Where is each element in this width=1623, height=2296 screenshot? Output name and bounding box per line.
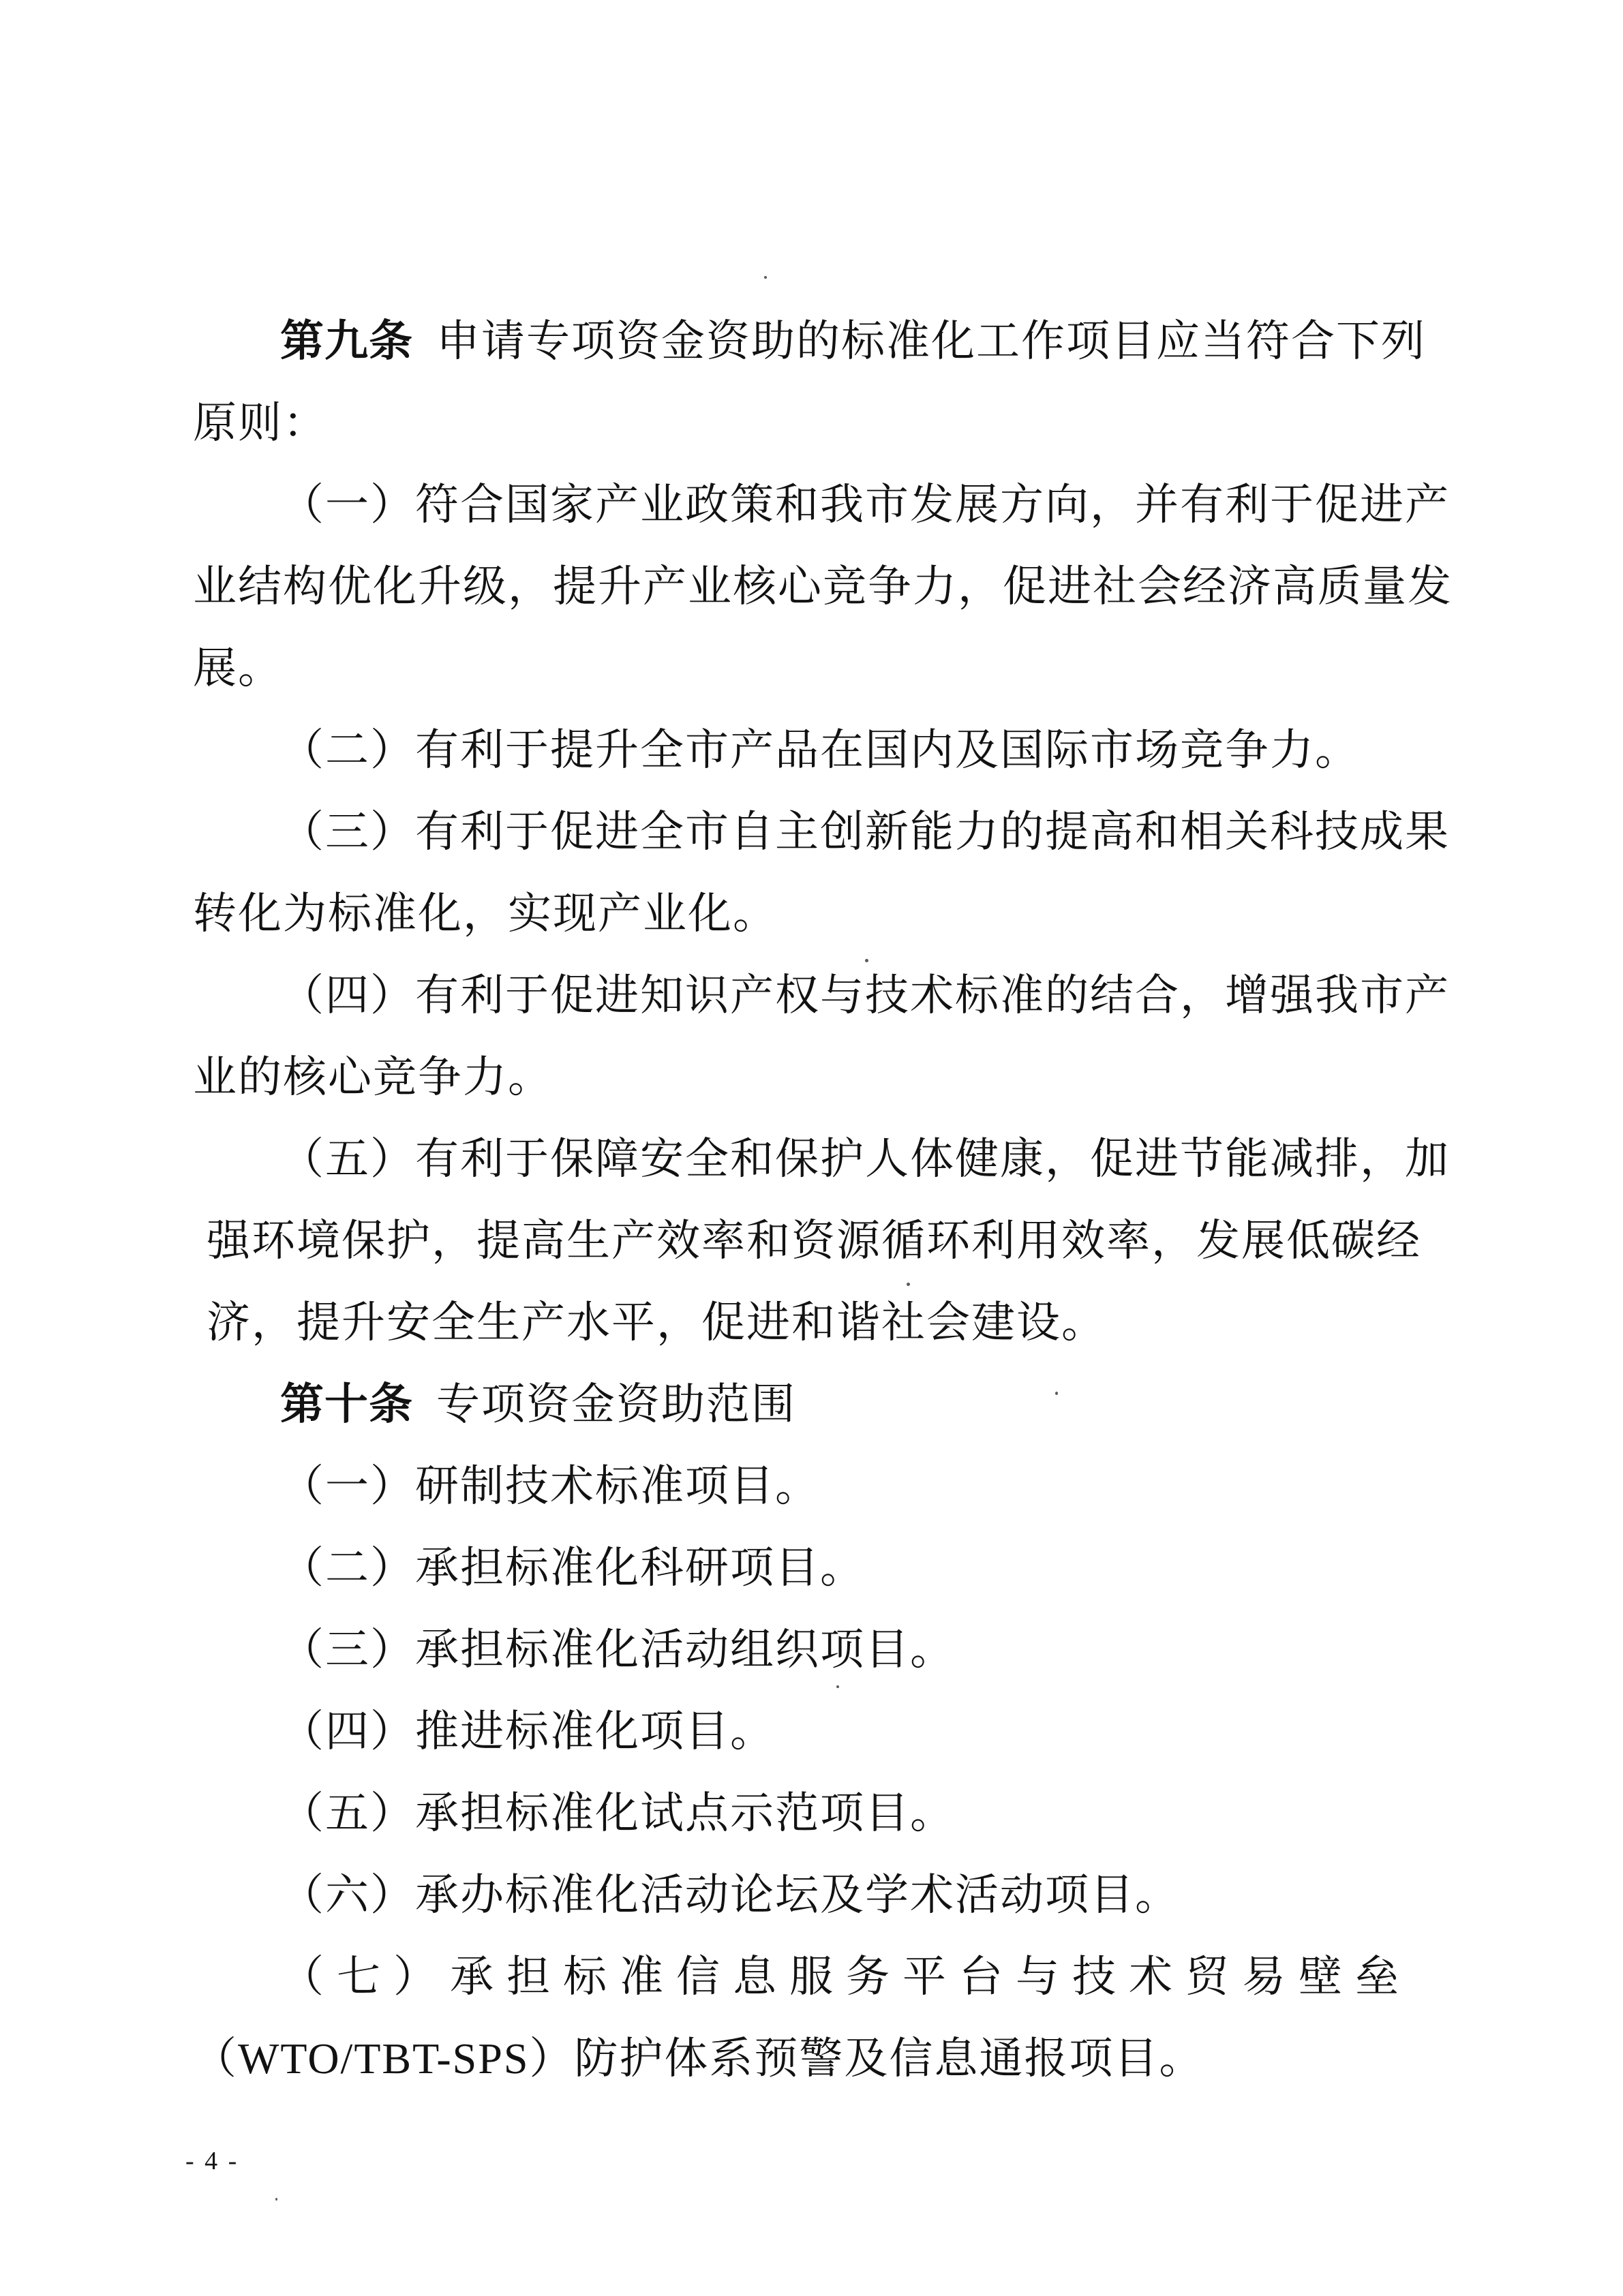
scan-speck bbox=[865, 959, 868, 962]
line-text: 转化为标准化，实现产业化。 bbox=[193, 889, 778, 938]
line-text: 展。 bbox=[193, 644, 283, 692]
line-text: （五）有利于保障安全和保护人体健康，促进节能减排，加 bbox=[280, 1135, 1450, 1183]
line-text: （一）符合国家产业政策和我市发展方向，并有利于促进产 bbox=[280, 480, 1450, 529]
text-line: （四）推进标准化项目。 bbox=[193, 1691, 1420, 1773]
line-text: 申请专项资金资助的标准化工作项目应当符合下列 bbox=[436, 317, 1426, 365]
text-line: （二）有利于提升全市产品在国内及国际市场竞争力。 bbox=[193, 709, 1420, 791]
line-text: （WTO/TBT-SPS）防护体系预警及信息通报项目。 bbox=[193, 2034, 1204, 2083]
text-line: （二）承担标准化科研项目。 bbox=[193, 1527, 1420, 1609]
line-text: （五）承担标准化试点示范项目。 bbox=[280, 1789, 955, 1837]
document-page: 第九条申请专项资金资助的标准化工作项目应当符合下列原则：（一）符合国家产业政策和… bbox=[0, 0, 1623, 2296]
text-line: 展。 bbox=[193, 628, 1420, 709]
text-line: 业结构优化升级，提升产业核心竞争力，促进社会经济高质量发 bbox=[193, 546, 1420, 628]
page-number: - 4 - bbox=[185, 2144, 239, 2178]
line-text: （六）承办标准化活动论坛及学术活动项目。 bbox=[280, 1871, 1180, 1919]
scan-speck bbox=[907, 1283, 910, 1286]
text-line: （一）研制技术标准项目。 bbox=[193, 1445, 1420, 1527]
text-line: 转化为标准化，实现产业化。 bbox=[193, 873, 1420, 955]
line-text: （一）研制技术标准项目。 bbox=[280, 1462, 820, 1510]
text-line: （六）承办标准化活动论坛及学术活动项目。 bbox=[193, 1854, 1420, 1936]
text-line: 原则： bbox=[193, 382, 1420, 464]
line-text: （四）推进标准化项目。 bbox=[280, 1707, 775, 1756]
line-text: 济，提升安全生产水平，促进和谐社会建设。 bbox=[207, 1298, 1106, 1347]
line-text: （四）有利于促进知识产权与技术标准的结合，增强我市产 bbox=[280, 971, 1450, 1020]
scan-speck bbox=[764, 276, 767, 279]
text-line: 业的核心竞争力。 bbox=[193, 1037, 1420, 1118]
line-text: （二）承担标准化科研项目。 bbox=[280, 1544, 865, 1592]
line-text: 专项资金资助范围 bbox=[436, 1380, 796, 1428]
text-line: （五）有利于保障安全和保护人体健康，促进节能减排，加 bbox=[193, 1118, 1420, 1200]
text-line: 济，提升安全生产水平，促进和谐社会建设。 bbox=[193, 1282, 1420, 1364]
line-text: 强环境保护，提高生产效率和资源循环利用效率，发展低碳经 bbox=[207, 1216, 1421, 1265]
text-line: （七）承担标准信息服务平台与技术贸易壁垒 bbox=[193, 1936, 1420, 2018]
line-text: （二）有利于提升全市产品在国内及国际市场竞争力。 bbox=[280, 726, 1360, 774]
line-text: （七）承担标准信息服务平台与技术贸易壁垒 bbox=[280, 1953, 1412, 2001]
line-text: （三）有利于促进全市自主创新能力的提高和相关科技成果 bbox=[280, 808, 1450, 856]
text-line: 第十条专项资金资助范围 bbox=[193, 1364, 1420, 1445]
line-text: 业结构优化升级，提升产业核心竞争力，促进社会经济高质量发 bbox=[193, 562, 1453, 611]
scan-speck bbox=[1055, 1392, 1058, 1395]
text-line: （五）承担标准化试点示范项目。 bbox=[193, 1773, 1420, 1854]
text-line: 强环境保护，提高生产效率和资源循环利用效率，发展低碳经 bbox=[193, 1200, 1420, 1282]
text-line: 第九条申请专项资金资助的标准化工作项目应当符合下列 bbox=[193, 301, 1420, 382]
article-number: 第十条 bbox=[280, 1380, 413, 1428]
text-line: （四）有利于促进知识产权与技术标准的结合，增强我市产 bbox=[193, 955, 1420, 1037]
text-line: （三）承担标准化活动组织项目。 bbox=[193, 1609, 1420, 1691]
article-number: 第九条 bbox=[280, 317, 413, 365]
line-text: 原则： bbox=[193, 399, 328, 447]
text-line: （三）有利于促进全市自主创新能力的提高和相关科技成果 bbox=[193, 791, 1420, 873]
document-body: 第九条申请专项资金资助的标准化工作项目应当符合下列原则：（一）符合国家产业政策和… bbox=[193, 301, 1420, 2100]
line-text: 业的核心竞争力。 bbox=[193, 1053, 553, 1101]
scan-speck bbox=[836, 1685, 839, 1688]
text-line: （WTO/TBT-SPS）防护体系预警及信息通报项目。 bbox=[193, 2018, 1420, 2100]
line-text: （三）承担标准化活动组织项目。 bbox=[280, 1625, 955, 1674]
scan-speck bbox=[275, 2198, 277, 2201]
text-line: （一）符合国家产业政策和我市发展方向，并有利于促进产 bbox=[193, 464, 1420, 546]
